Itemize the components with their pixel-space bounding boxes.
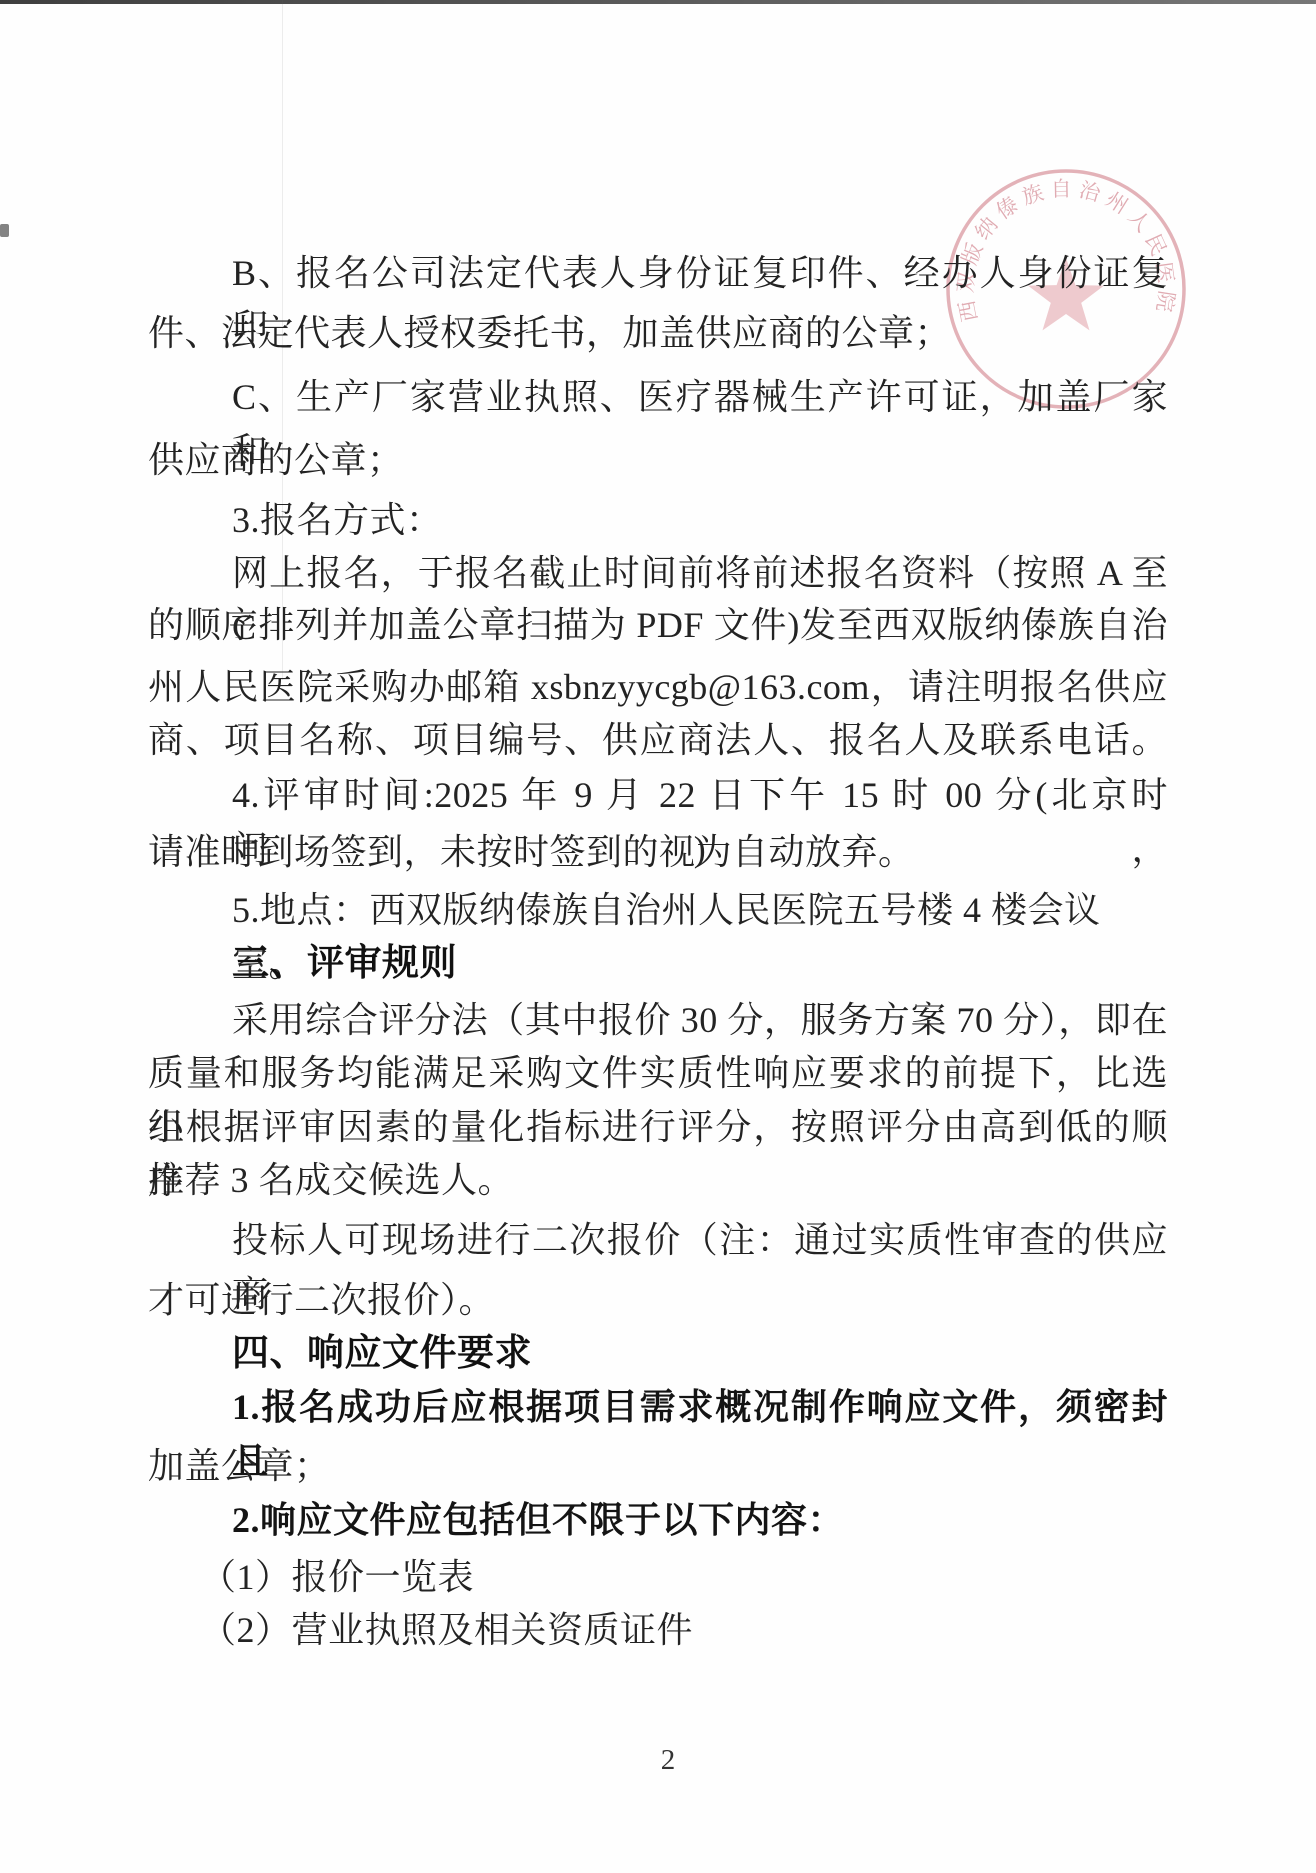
section-heading-response-docs: 四、响应文件要求 [148, 1326, 1168, 1380]
text-line: 的顺序排列并加盖公章扫描为 PDF 文件)发至西双版纳傣族自治 [148, 598, 1168, 652]
text-line: 商、项目名称、项目编号、供应商法人、报名人及联系电话。 [148, 713, 1168, 767]
list-item-1: （1）报价一览表 [148, 1550, 1168, 1604]
text-line: 2.响应文件应包括但不限于以下内容： [148, 1493, 1168, 1547]
text-line: 请准时到场签到，未按时签到的视为自动放弃。 [148, 825, 1168, 879]
text-line: 投标人可现场进行二次报价（注：通过实质性审查的供应商 [148, 1213, 1168, 1267]
text-line: 采用综合评分法（其中报价 30 分，服务方案 70 分），即在 [148, 993, 1168, 1047]
list-item-2: （2）营业执照及相关资质证件 [148, 1603, 1168, 1657]
text-line: 推荐 3 名成交候选人。 [148, 1153, 1168, 1207]
text-line: 3.报名方式： [148, 493, 1168, 547]
text-line: C、生产厂家营业执照、医疗器械生产许可证，加盖厂家和 [148, 370, 1168, 424]
text-line-review-time: 4.评审时间:2025 年 9 月 22 日下午 15 时 00 分(北京时间)… [148, 768, 1168, 822]
text-line: 1.报名成功后应根据项目需求概况制作响应文件，须密封且 [148, 1380, 1168, 1434]
section-heading-review-rules: 三、评审规则 [148, 936, 1168, 990]
text-line: 供应商的公章； [148, 433, 1168, 487]
text-line: 组根据评审因素的量化指标进行评分，按照评分由高到低的顺序 [148, 1100, 1168, 1154]
text-line: 网上报名，于报名截止时间前将前述报名资料（按照 A 至 C [148, 546, 1168, 600]
text-line: 加盖公章； [148, 1439, 1168, 1493]
text-line: B、报名公司法定代表人身份证复印件、经办人身份证复印 [148, 246, 1168, 300]
text-line: 才可进行二次报价）。 [148, 1273, 1168, 1327]
text-line: 质量和服务均能满足采购文件实质性响应要求的前提下，比选小 [148, 1046, 1168, 1100]
text-line-location: 5.地点：西双版纳傣族自治州人民医院五号楼 4 楼会议室。 [148, 883, 1168, 937]
scanned-document-page: 西双版纳傣族自治州人民医院 B、报名公司法定代表人身份证复印件、经办人身份证复印… [0, 0, 1316, 1873]
scan-edge-artifact [0, 0, 1316, 4]
text-line: 件、法定代表人授权委托书，加盖供应商的公章； [148, 306, 1168, 360]
text-line-email: 州人民医院采购办邮箱 xsbnzyycgb@163.com，请注明报名供应 [148, 660, 1168, 714]
scan-smudge [0, 224, 9, 237]
page-number: 2 [640, 1744, 696, 1777]
